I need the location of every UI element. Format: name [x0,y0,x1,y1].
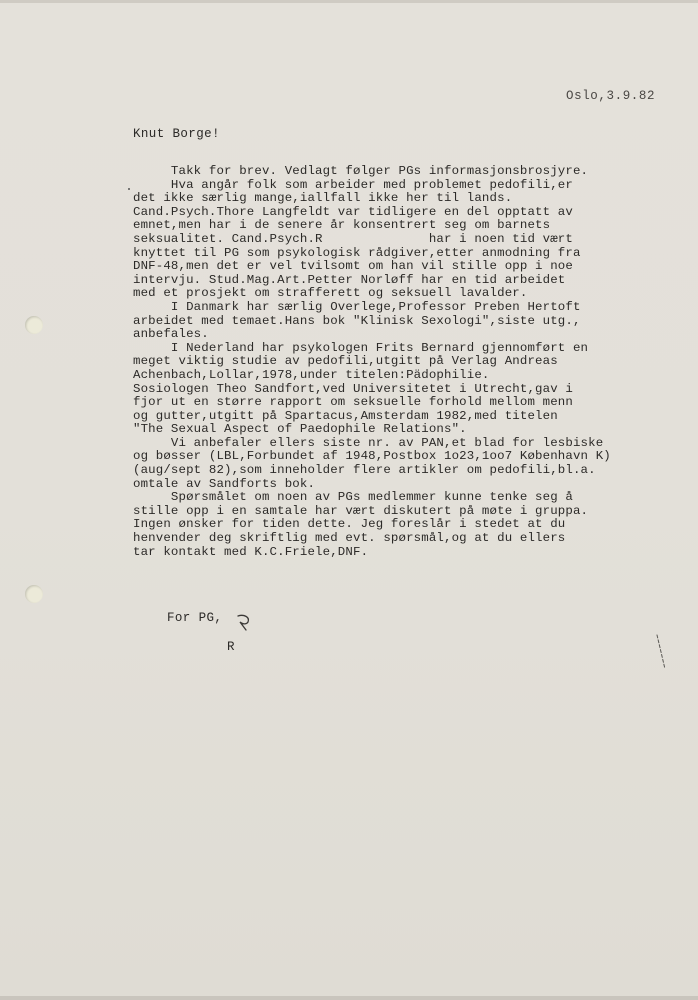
paper-top-edge [0,0,698,3]
body-line: henvender deg skriftlig med evt. spørsmå… [133,532,693,546]
body-line: intervju. Stud.Mag.Art.Petter Norløff ha… [133,274,693,288]
body-line: og bøsser (LBL,Forbundet af 1948,Postbox… [133,450,693,464]
body-line: Takk for brev. Vedlagt følger PGs inform… [133,165,693,179]
body-line: fjor ut en større rapport om seksuelle f… [133,396,693,410]
body-line: arbeidet med temaet.Hans bok "Klinisk Se… [133,315,693,329]
body-line: Vi anbefaler ellers siste nr. av PAN,et … [133,437,693,451]
body-line: I Nederland har psykologen Frits Bernard… [133,342,693,356]
punch-hole-icon [25,585,43,603]
body-line: Cand.Psych.Thore Langfeldt var tidligere… [133,206,693,220]
dateline: Oslo,3.9.82 [566,89,655,103]
body-line: og gutter,utgitt på Spartacus,Amsterdam … [133,410,693,424]
body-line: det ikke særlig mange,iallfall ikke her … [133,192,693,206]
body-line: stille opp i en samtale har vært diskute… [133,505,693,519]
salutation: Knut Borge! [133,127,220,141]
closing: For PG, [167,611,222,625]
body-line: med et prosjekt om strafferett og seksue… [133,287,693,301]
body-line: meget viktig studie av pedofili,utgitt p… [133,355,693,369]
body-line: "The Sexual Aspect of Paedophile Relatio… [133,423,693,437]
body-line: tar kontakt med K.C.Friele,DNF. [133,546,693,560]
punch-hole-icon [25,316,43,334]
body-line: knyttet til PG som psykologisk rådgiver,… [133,247,693,261]
body-line: Sosiologen Theo Sandfort,ved Universitet… [133,383,693,397]
body-line: Spørsmålet om noen av PGs medlemmer kunn… [133,491,693,505]
body-line: Hva angår folk som arbeider med probleme… [133,179,693,193]
handwritten-signature-icon [236,613,254,633]
body-line: Achenbach,Lollar,1978,under titelen:Pädo… [133,369,693,383]
body-line: emnet,men har i de senere år konsentrert… [133,219,693,233]
stray-ink-dot [128,188,130,190]
letter-page: Oslo,3.9.82 Knut Borge! Takk for brev. V… [0,0,698,1000]
letter-body: Takk for brev. Vedlagt følger PGs inform… [133,165,693,559]
body-line: I Danmark har særlig Overlege,Professor … [133,301,693,315]
body-line: omtale av Sandforts bok. [133,478,693,492]
body-line: Ingen ønsker for tiden dette. Jeg foresl… [133,518,693,532]
body-line: (aug/sept 82),som inneholder flere artik… [133,464,693,478]
pencil-mark-icon [655,633,667,673]
body-line: seksualitet. Cand.Psych.R har i noen tid… [133,233,693,247]
signature-initial: R [227,640,235,654]
paper-bottom-edge [0,996,698,1000]
body-line: anbefales. [133,328,693,342]
body-line: DNF-48,men det er vel tvilsomt om han vi… [133,260,693,274]
